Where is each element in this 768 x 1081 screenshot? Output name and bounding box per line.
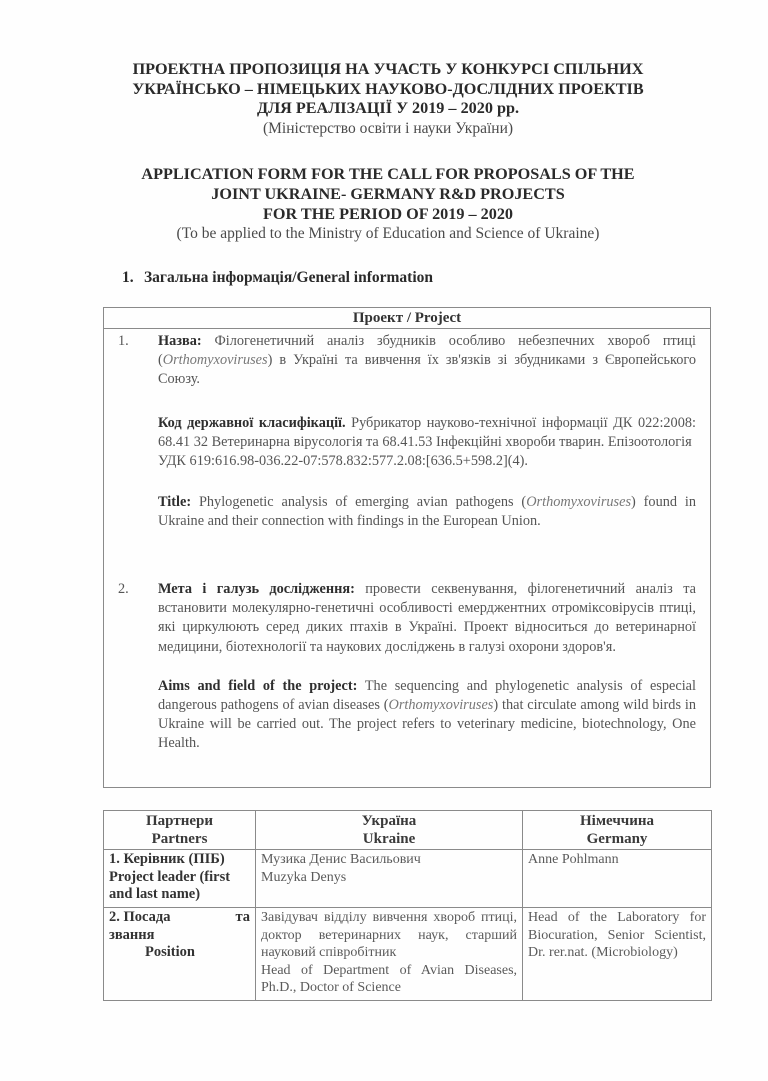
row-label-position: 2. Посадата звання Position [104, 908, 256, 1001]
header-partners: Партнери Partners [104, 811, 256, 850]
ua-subtitle: (Міністерство освіти і науки України) [100, 119, 676, 138]
name-label: Назва: [158, 333, 202, 349]
project-table: Проект / Project 1. Назва: Філогенетични… [103, 307, 711, 788]
ua-title-line-1: ПРОЕКТНА ПРОПОЗИЦІЯ НА УЧАСТЬ У КОНКУРСІ… [100, 60, 676, 80]
table-row: 1. Керівник (ПІБ) Project leader (first … [104, 850, 712, 908]
aims-label: Aims and field of the project: [158, 678, 357, 694]
project-table-header: Проект / Project [104, 308, 710, 329]
item-number: 2. [118, 580, 129, 599]
germany-leader: Anne Pohlmann [523, 850, 712, 908]
virus-name: Orthomyxoviruses [389, 697, 494, 713]
item-number: 1. [118, 332, 129, 351]
ukraine-leader: Музика Денис Васильович Muzyka Denys [256, 850, 523, 908]
section-title: Загальна інформація/General information [144, 269, 433, 286]
germany-position: Head of the Laboratory for Biocuration, … [523, 908, 712, 1001]
header-ukraine: Україна Ukraine [256, 811, 523, 850]
project-aims-en: Aims and field of the project: The seque… [158, 677, 696, 754]
section-heading: 1.Загальна інформація/General informatio… [122, 269, 433, 287]
code-label: Код державної класифікації. [158, 415, 346, 431]
en-title-line-3: FOR THE PERIOD OF 2019 – 2020 [100, 204, 676, 224]
ua-title-line-2: УКРАЇНСЬКО – НІМЕЦЬКИХ НАУКОВО-ДОСЛІДНИХ… [100, 80, 676, 100]
header-germany: Німеччина Germany [523, 811, 712, 850]
project-aim-ua: Мета і галузь дослідження: провести секв… [158, 580, 696, 657]
aim-label: Мета і галузь дослідження: [158, 581, 355, 597]
virus-name: Orthomyxoviruses [526, 494, 631, 510]
ua-title: ПРОЕКТНА ПРОПОЗИЦІЯ НА УЧАСТЬ У КОНКУРСІ… [100, 60, 676, 119]
partners-table: Партнери Partners Україна Ukraine Німечч… [103, 810, 712, 1001]
partners-header-row: Партнери Partners Україна Ukraine Німечч… [104, 811, 712, 850]
project-item-aims: 2. Мета і галузь дослідження: провести с… [118, 580, 696, 754]
ua-title-line-3: ДЛЯ РЕАЛІЗАЦІЇ У 2019 – 2020 рр. [100, 99, 676, 119]
ukraine-position: Завідувач відділу вивчення хвороб птиці,… [256, 908, 523, 1001]
virus-name: Orthomyxoviruses [163, 352, 268, 368]
en-title: APPLICATION FORM FOR THE CALL FOR PROPOS… [100, 164, 676, 224]
classification-code: Код державної класифікації. Рубрикатор н… [158, 414, 696, 452]
title-label: Title: [158, 494, 191, 510]
row-label-project-leader: 1. Керівник (ПІБ) Project leader (first … [104, 850, 256, 908]
udc-code: УДК 619:616.98-036.22-07:578.832:577.2.0… [158, 452, 696, 471]
project-item-name: 1. Назва: Філогенетичний аналіз збудникі… [118, 332, 696, 532]
table-row: 2. Посадата звання Position Завідувач ві… [104, 908, 712, 1001]
en-subtitle: (To be applied to the Ministry of Educat… [100, 224, 676, 243]
en-title-line-2: JOINT UKRAINE- GERMANY R&D PROJECTS [100, 184, 676, 204]
document-page: ПРОЕКТНА ПРОПОЗИЦІЯ НА УЧАСТЬ У КОНКУРСІ… [0, 0, 768, 1081]
section-number: 1. [122, 269, 144, 287]
en-title-line-1: APPLICATION FORM FOR THE CALL FOR PROPOS… [100, 164, 676, 184]
project-title-en: Title: Phylogenetic analysis of emerging… [158, 493, 696, 531]
project-name-ua: Назва: Філогенетичний аналіз збудників о… [158, 332, 696, 390]
